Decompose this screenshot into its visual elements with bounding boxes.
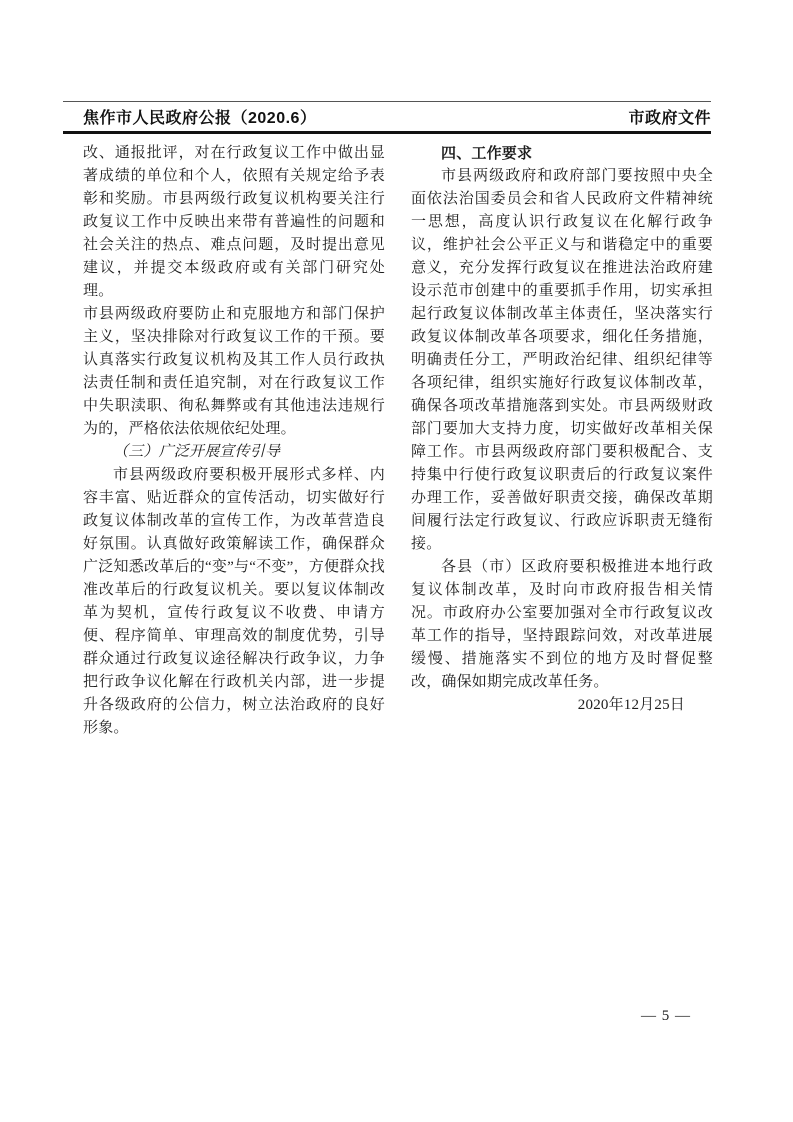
left-text-column: 改、通报批评，对在行政复议工作中做出显著成绩的单位和个人，依照有关规定给予表彰和… <box>83 142 385 740</box>
header-rule-thick <box>63 131 711 134</box>
right-text-column: 四、工作要求 市县两级政府和政府部门要按照中央全面依法治国委员会和省人民政府文件… <box>411 142 713 717</box>
header-text-row: 焦作市人民政府公报（2020.6） 市政府文件 <box>63 102 711 131</box>
paragraph: 市县两级政府要防止和克服地方和部门保护主义，坚决排除对行政复议工作的干预。要认真… <box>83 303 385 441</box>
paragraph: 改、通报批评，对在行政复议工作中做出显著成绩的单位和个人，依照有关规定给予表彰和… <box>83 142 385 303</box>
subsection-heading: （三）广泛开展宣传引导 <box>83 441 385 464</box>
paragraph: 市县两级政府要积极开展形式多样、内容丰富、贴近群众的宣传活动，切实做好行政复议体… <box>83 464 385 740</box>
gazette-title: 焦作市人民政府公报（2020.6） <box>83 105 316 128</box>
section-heading: 四、工作要求 <box>411 142 713 165</box>
gazette-page: 焦作市人民政府公报（2020.6） 市政府文件 改、通报批评，对在行政复议工作中… <box>0 0 793 1122</box>
page-header: 焦作市人民政府公报（2020.6） 市政府文件 <box>63 101 711 134</box>
document-category-label: 市政府文件 <box>628 105 711 128</box>
paragraph: 各县（市）区政府要积极推进本地行政复议体制改革，及时向市政府报告相关情况。市政府… <box>411 556 713 694</box>
page-number: — 5 — <box>641 1008 691 1025</box>
document-date: 2020年12月25日 <box>411 694 713 717</box>
paragraph: 市县两级政府和政府部门要按照中央全面依法治国委员会和省人民政府文件精神统一思想，… <box>411 165 713 556</box>
